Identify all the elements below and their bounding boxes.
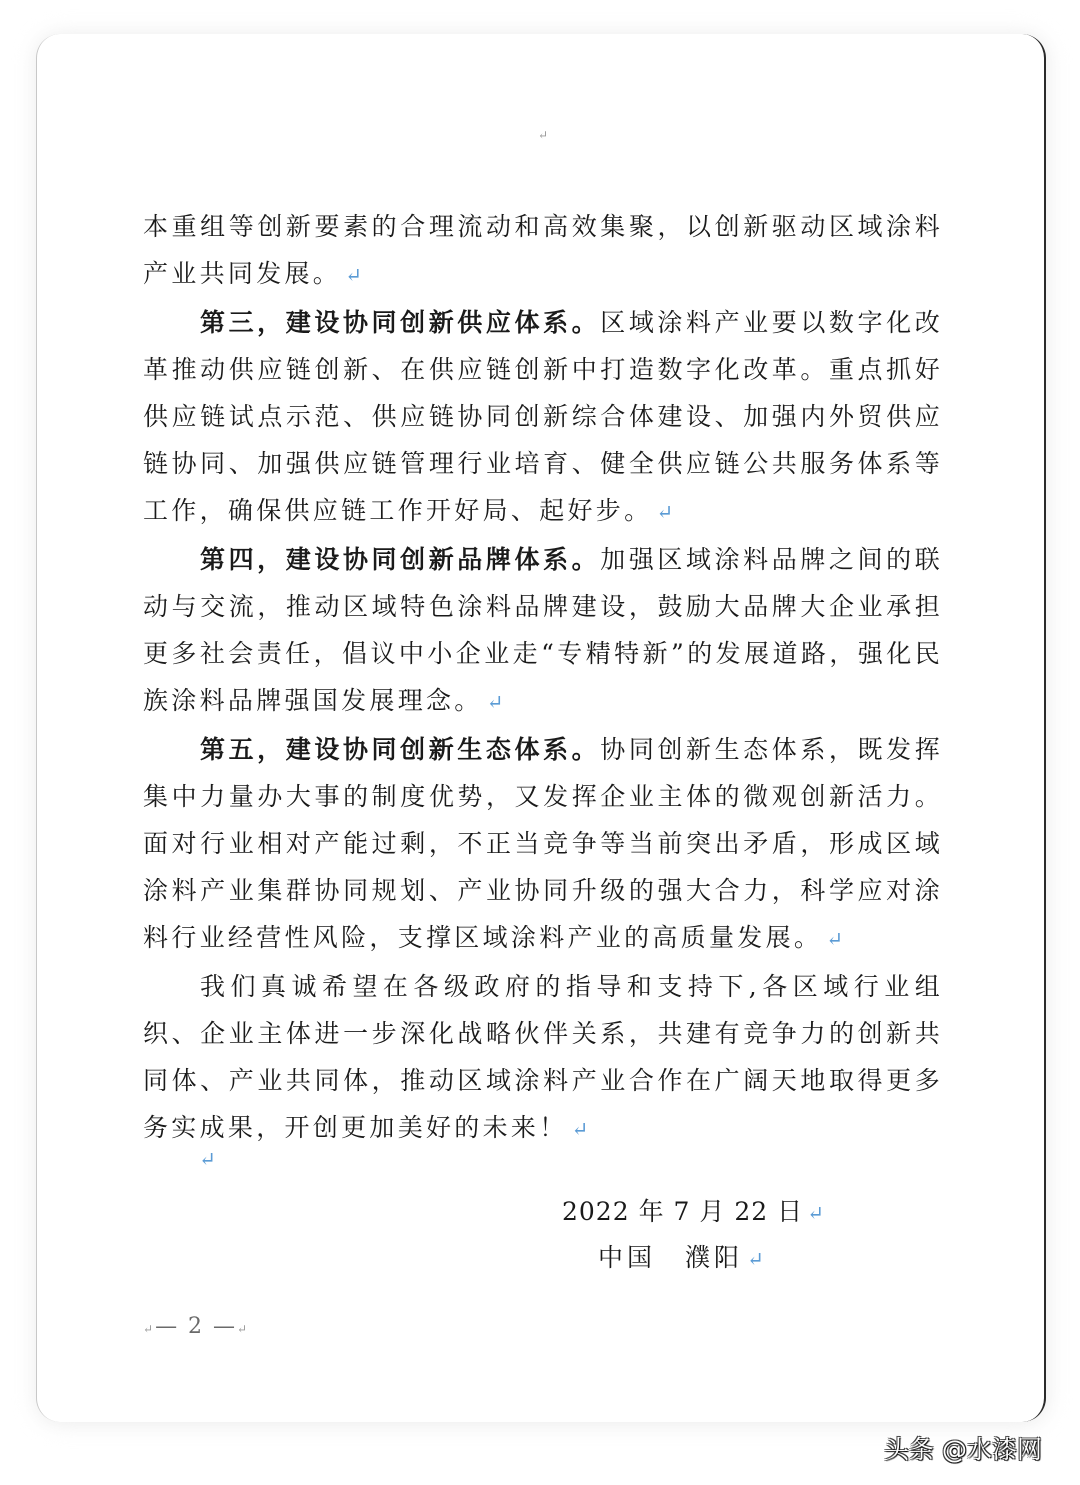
paragraph-mark-icon: ↵ (826, 927, 843, 951)
empty-paragraph-mark-icon: ↵ (199, 1147, 216, 1171)
paragraph-mark-icon: ↵ (237, 1322, 249, 1336)
paragraph-heading: 第三，建设协同创新供应体系。 (200, 308, 600, 337)
paragraph-ecosystem: 第五，建设协同创新生态体系。协同创新生态体系，既发挥集中力量办大事的制度优势，又… (143, 726, 943, 963)
paragraph-mark-icon: ↵ (807, 1201, 824, 1225)
paragraph-continuation: 本重组等创新要素的合理流动和高效集聚，以创新驱动区域涂料产业共同发展。↵ (143, 203, 943, 299)
paragraph-mark-top: ↵ (538, 128, 548, 142)
paragraph-text: 区域涂料产业要以数字化改革推动供应链创新、在供应链创新中打造数字化改革。重点抓好… (143, 308, 943, 525)
paragraph-heading: 第五，建设协同创新生态体系。 (200, 735, 600, 764)
document-body: 本重组等创新要素的合理流动和高效集聚，以创新驱动区域涂料产业共同发展。↵ 第三，… (143, 203, 943, 1153)
page-number: ↵— 2 —↵ (143, 1314, 249, 1339)
paragraph-heading: 第四，建设协同创新品牌体系。 (200, 545, 600, 574)
paragraph-text: 我们真诚希望在各级政府的指导和支持下,各区域行业组织、企业主体进一步深化战略伙伴… (143, 972, 943, 1142)
paragraph-closing: 我们真诚希望在各级政府的指导和支持下,各区域行业组织、企业主体进一步深化战略伙伴… (143, 963, 943, 1153)
date-text: 2022 年 7 月 22 日 (562, 1197, 803, 1226)
paragraph-text: 本重组等创新要素的合理流动和高效集聚，以创新驱动区域涂料产业共同发展。 (143, 212, 943, 288)
paragraph-mark-icon: ↵ (487, 690, 504, 714)
source-watermark: 头条 @水漆网 (884, 1430, 1042, 1466)
paragraph-mark-icon: ↵ (656, 500, 673, 524)
page-number-text: — 2 — (155, 1314, 237, 1339)
signature-place: 中国 濮阳↵ (598, 1238, 764, 1274)
paragraph-text: 协同创新生态体系，既发挥集中力量办大事的制度优势，又发挥企业主体的微观创新活力。… (143, 735, 943, 952)
paragraph-mark-icon: ↵ (345, 263, 362, 287)
signature-date: 2022 年 7 月 22 日↵ (562, 1192, 824, 1228)
paragraph-mark-icon: ↵ (572, 1117, 589, 1141)
paragraph-mark-icon: ↵ (747, 1247, 764, 1271)
paragraph-mark-icon: ↵ (143, 1322, 155, 1336)
place-text: 中国 濮阳 (598, 1243, 743, 1272)
paragraph-supply-system: 第三，建设协同创新供应体系。区域涂料产业要以数字化改革推动供应链创新、在供应链创… (143, 299, 943, 536)
paragraph-brand-system: 第四，建设协同创新品牌体系。加强区域涂料品牌之间的联动与交流，推动区域特色涂料品… (143, 536, 943, 726)
